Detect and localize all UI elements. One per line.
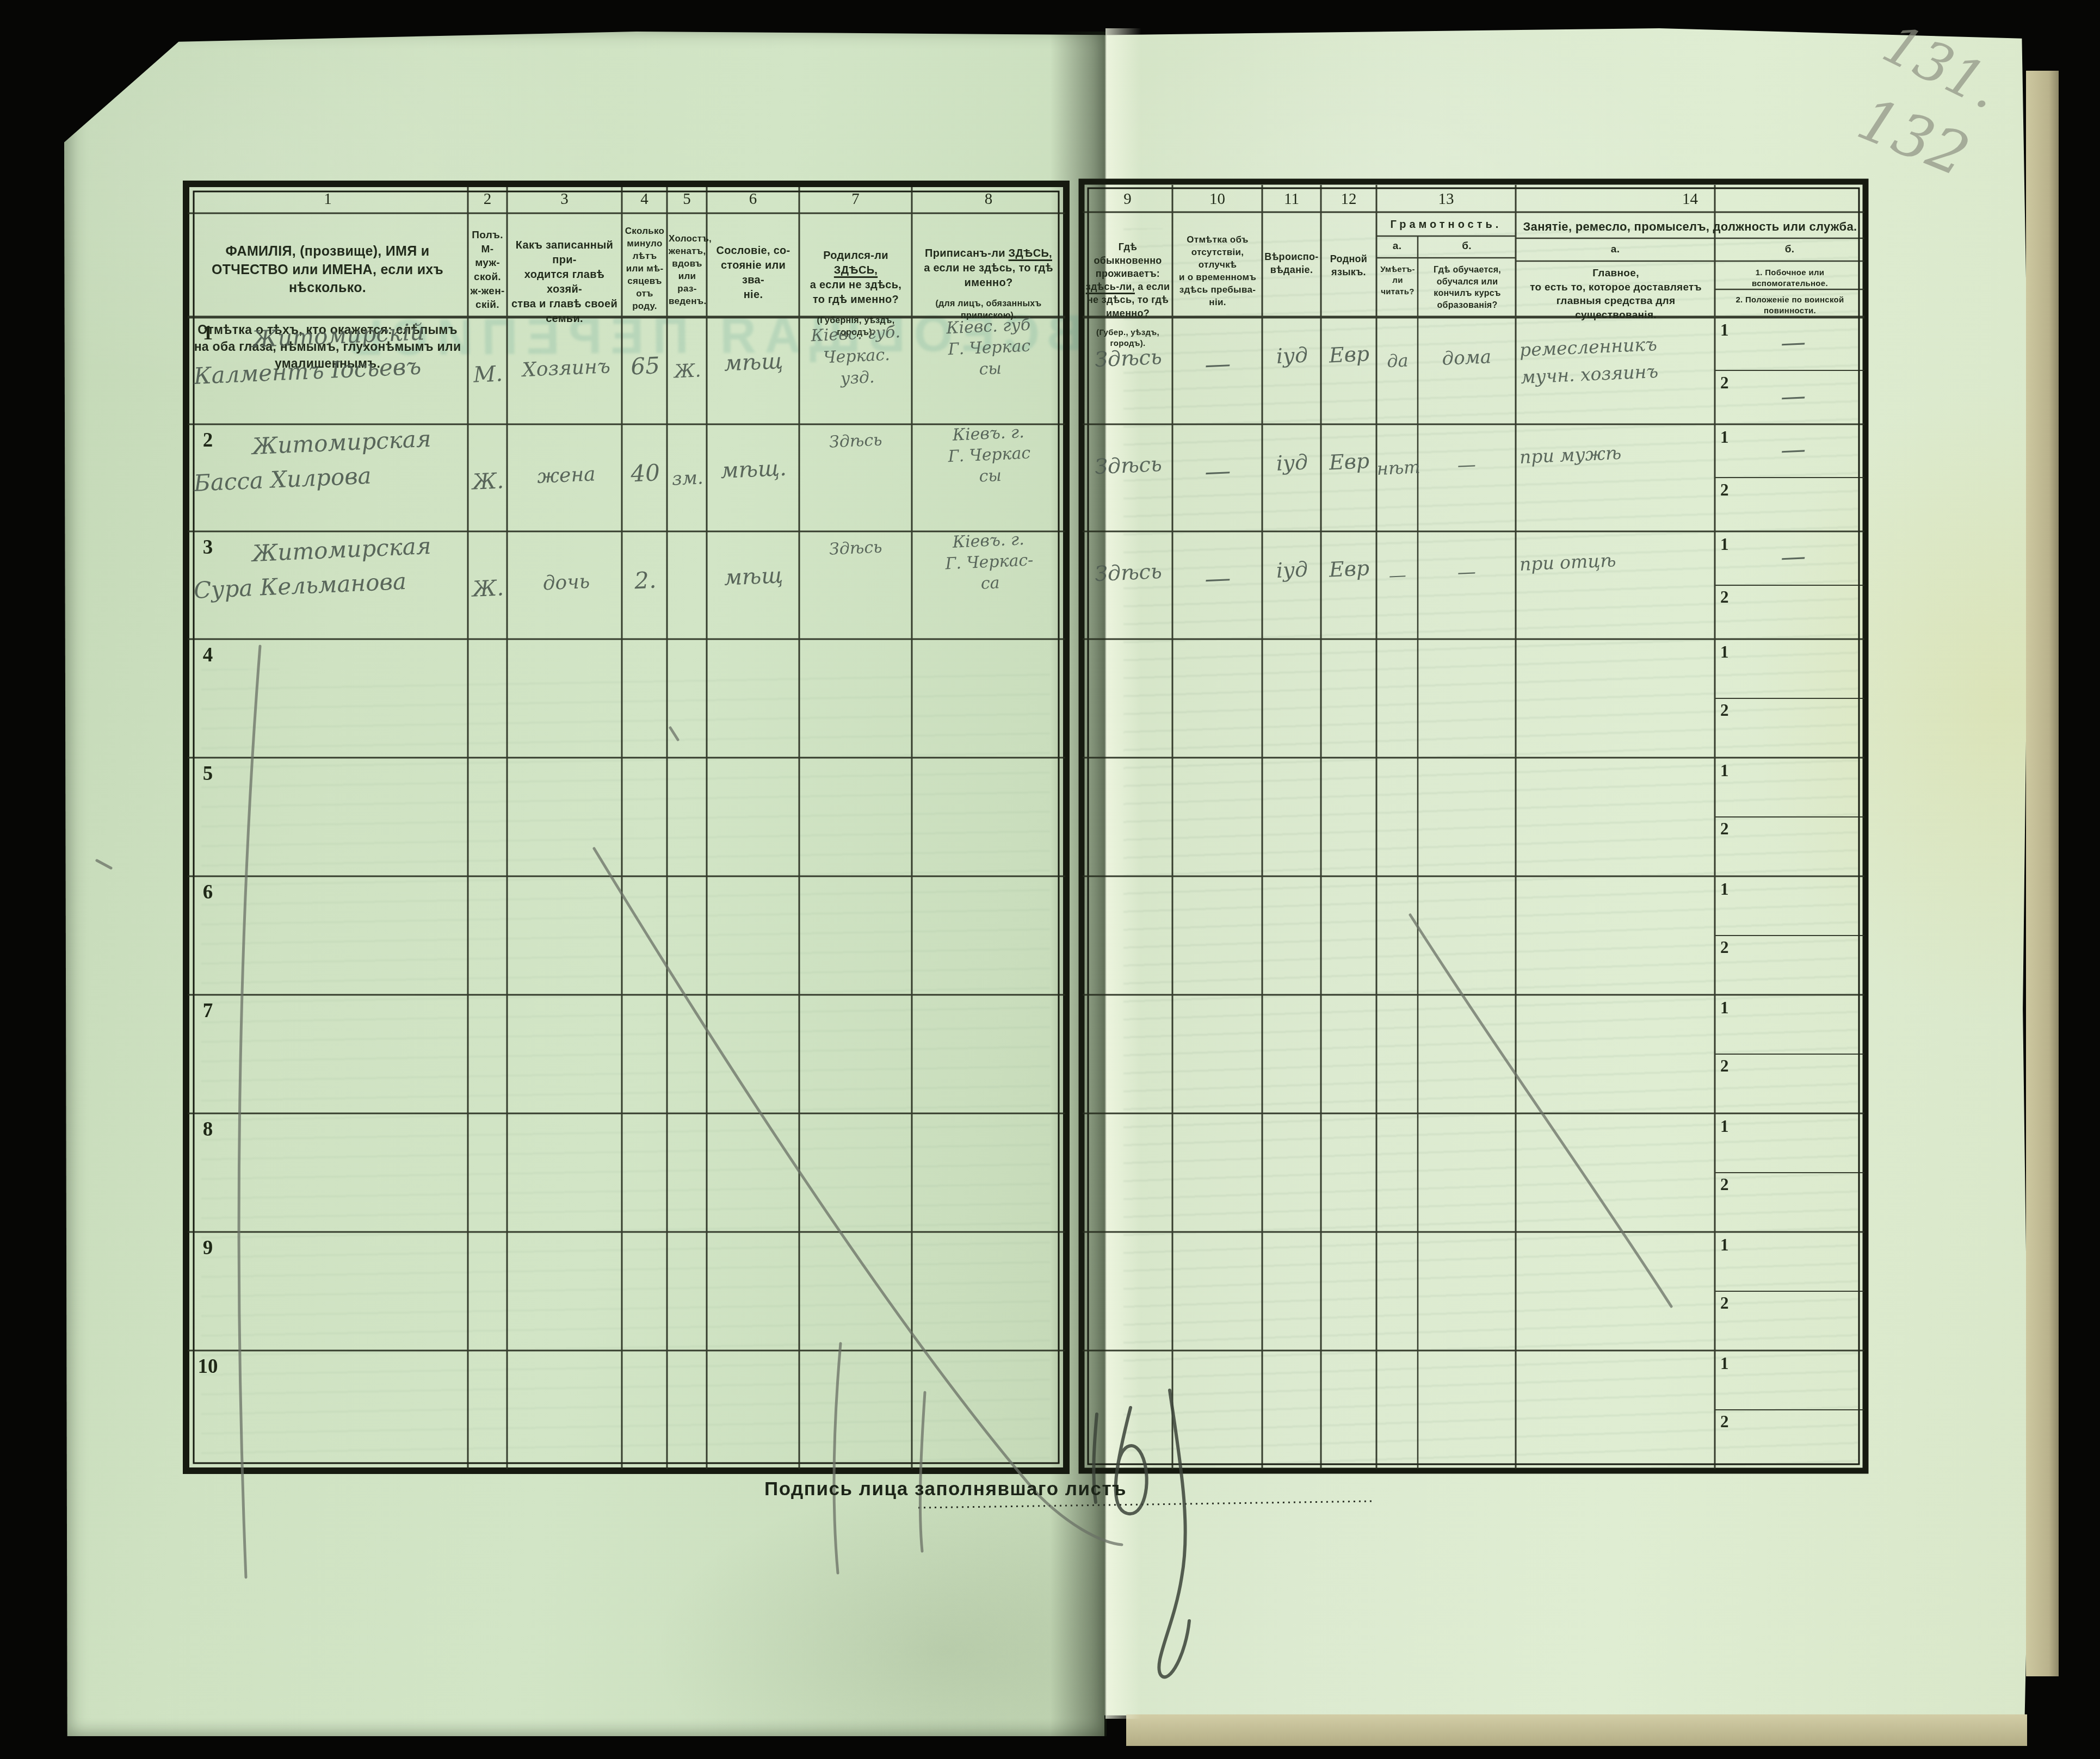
col14-header: Занятіе, ремесло, промыселъ, должность и… (1516, 219, 1864, 235)
hw-occupation: ремесленникъ мучн. хозяинъ (1519, 326, 1755, 391)
hw-side1: — (1744, 539, 1843, 574)
col5-header: Холостъ, женатъ, вдовъ или раз- веденъ. (669, 233, 706, 308)
hw-resides: Здѣсь (1085, 344, 1172, 373)
col9-header: Гдѣ обыкновенно проживаетъ: здѣсь-ли, а … (1084, 227, 1171, 363)
hw-language: Евр (1322, 555, 1376, 584)
row-sublabel-2: 2 (1720, 480, 1742, 500)
hw-relation: Хозяинъ (511, 354, 621, 383)
col3-number: 3 (507, 190, 622, 211)
row-sublabel-1: 1 (1720, 761, 1742, 781)
hw-age: 65 (623, 351, 667, 382)
col12-header: Родной языкъ. (1322, 252, 1375, 279)
col8-number: 8 (912, 190, 1065, 211)
col14b-item1: 1. Побочное или вспомогательное. (1719, 268, 1861, 290)
hw-resides: Здѣсь (1085, 558, 1172, 587)
pencil-mark-margin (97, 860, 111, 868)
hw-estate: мѣщ (708, 347, 799, 378)
col11-number: 11 (1262, 190, 1321, 211)
hw-study: — (1418, 451, 1516, 479)
row-sublabel-1: 1 (1720, 1354, 1742, 1373)
col14a-label: а. (1516, 243, 1715, 257)
col4-number: 4 (622, 190, 667, 211)
signature-label: Подпись лица заполнявшаго листъ (764, 1478, 1127, 1500)
row-sublabel-2: 2 (1720, 819, 1742, 839)
hw-absence: — (1174, 453, 1261, 490)
row-sublabel-2: 2 (1720, 1412, 1742, 1432)
row-number: 10 (193, 1355, 223, 1378)
hw-name: Житомирскій Калментъ Іосьевъ (192, 312, 483, 393)
hw-side1: — (1744, 432, 1843, 467)
hw-marital: зм. (668, 466, 707, 491)
row-number: 6 (193, 881, 223, 904)
row-number: 4 (193, 643, 223, 667)
col10-header: Отмѣтка объ отсутствіи, отлучкѣ и о врем… (1174, 234, 1261, 309)
hw-estate: мѣщ (708, 561, 799, 592)
col2-header: Полъ. М-муж- ской. ж-жен- скій. (469, 228, 506, 312)
col10-number: 10 (1172, 190, 1262, 211)
hw-absence: — (1174, 346, 1261, 382)
row-sublabel-1: 1 (1720, 1235, 1742, 1255)
hw-name: Житомирская Басса Хилрова (192, 419, 483, 500)
hw-sex: Ж. (469, 467, 507, 496)
hw-estate: мѣщ. (708, 454, 799, 485)
signature-scribble (1094, 1390, 1189, 1677)
row-sublabel-2: 2 (1720, 701, 1742, 720)
row-number: 5 (193, 762, 223, 785)
col3-header: Какъ записанный при- ходится главѣ хозяй… (509, 238, 620, 326)
hw-read: нѣт (1376, 456, 1419, 480)
hw-age: 2. (623, 566, 667, 596)
pencil-tick (670, 728, 678, 740)
pencil-diagonal-right (1410, 915, 1671, 1306)
col9-number: 9 (1083, 190, 1172, 211)
col14b-item2: 2. Положеніе по воинской повинности. (1719, 295, 1861, 317)
pencil-margin-stroke (239, 646, 260, 1577)
hw-language: Евр (1322, 341, 1376, 369)
hw-registered: Кіевс. губ Г. Черкас сы (913, 313, 1066, 383)
hw-religion: іуд (1263, 342, 1321, 370)
col14b-label: б. (1715, 243, 1864, 257)
row-sublabel-1: 1 (1720, 879, 1742, 899)
col13a-label: а. (1376, 239, 1418, 253)
col4-header: Сколько минуло лѣтъ или мѣ- сяцевъ отъ р… (623, 225, 666, 313)
col14-number: 14 (1516, 190, 1864, 211)
row-sublabel-2: 2 (1720, 938, 1742, 957)
hw-read: да (1376, 349, 1419, 373)
hw-religion: іуд (1263, 449, 1321, 477)
row-number: 9 (193, 1236, 223, 1260)
col13b-question: Гдѣ обучается, обучался или кончилъ курс… (1420, 264, 1515, 311)
hw-born: Кіевс. губ. Черкас. узд. (801, 321, 912, 392)
col13b-label: б. (1418, 239, 1516, 253)
col11-header: Вѣроиспо- вѣданіе. (1264, 250, 1319, 277)
col2-number: 2 (468, 190, 507, 211)
col6-header: Сословіе, со- стояніе или зва- ніе. (709, 244, 798, 302)
hw-read: — (1376, 563, 1419, 587)
row-sublabel-2: 2 (1720, 587, 1742, 607)
col1-number: 1 (188, 190, 468, 211)
col5-number: 5 (667, 190, 707, 211)
pencil-vertical-2 (920, 1392, 925, 1551)
col6-number: 6 (707, 190, 799, 211)
col13a-question: Умѣетъ- ли читать? (1378, 264, 1418, 298)
hw-age: 40 (623, 459, 667, 489)
hw-sex: Ж. (469, 574, 507, 603)
col7-number: 7 (799, 190, 912, 211)
row-sublabel-1: 1 (1720, 642, 1742, 662)
col14a-question: Главное, то есть то, которое доставляетъ… (1523, 267, 1708, 323)
hw-sex: М. (469, 360, 507, 389)
hw-language: Евр (1322, 448, 1376, 476)
census-scan: { "scan": { "page_numbers_pencil": ["131… (0, 0, 2100, 1759)
hw-side1: — (1744, 325, 1843, 360)
pencil-diagonal-left (594, 848, 1122, 1545)
hw-relation: дочь (511, 568, 621, 597)
hw-study: — (1418, 559, 1516, 586)
row-sublabel-2: 2 (1720, 1175, 1742, 1194)
hw-relation: жена (511, 461, 621, 490)
pencil-vertical-1 (834, 1343, 841, 1573)
hw-side2: — (1744, 379, 1843, 414)
hw-study: дома (1418, 344, 1516, 371)
col12-number: 12 (1321, 190, 1376, 211)
row-sublabel-1: 1 (1720, 998, 1742, 1018)
hw-marital: Ж. (668, 359, 707, 384)
row-sublabel-2: 2 (1720, 1056, 1742, 1076)
col13-header: Грамотность. (1376, 218, 1516, 232)
hw-registered: Кіевъ. г. Г. Черкас- са (913, 527, 1066, 597)
hw-religion: іуд (1263, 556, 1321, 584)
row-sublabel-1: 1 (1720, 1117, 1742, 1136)
hw-registered: Кіевъ. г. Г. Черкас сы (913, 420, 1066, 490)
row-number: 7 (193, 999, 223, 1023)
hw-name: Житомирская Сура Кельманова (192, 527, 483, 608)
hw-absence: — (1174, 560, 1261, 597)
col1-header-line1: ФАМИЛІЯ, (прозвище), ИМЯ и ОТЧЕСТВО или … (192, 243, 464, 298)
row-sublabel-2: 2 (1720, 1293, 1742, 1313)
row-number: 8 (193, 1118, 223, 1141)
col13-number: 13 (1376, 190, 1516, 211)
hw-resides: Здѣсь (1085, 451, 1172, 480)
